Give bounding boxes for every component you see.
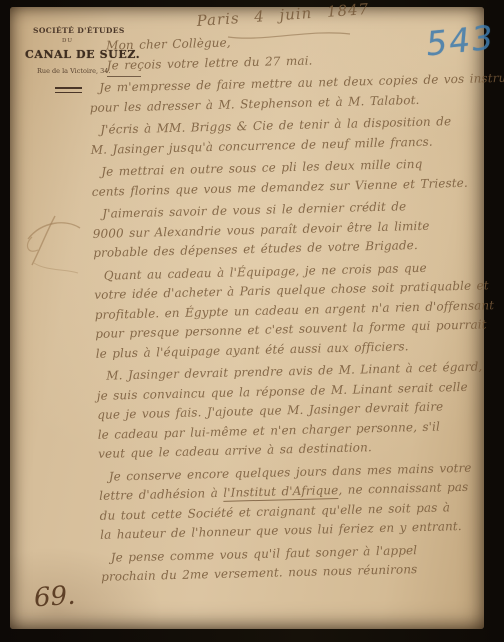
letterhead-divider <box>55 87 82 93</box>
dateline: Paris 4 juin 1847 <box>196 0 407 30</box>
underlined-institut-dafrique: l'Institut d'Afrique <box>223 483 338 502</box>
scanned-letter: SOCIÉTÉ D'ÉTUDES DU CANAL DE SUEZ. Rue d… <box>0 0 504 642</box>
letter-body: Mon cher Collègue, Je reçois votre lettr… <box>88 27 493 587</box>
letterhead-society-name: SOCIÉTÉ D'ÉTUDES <box>33 26 125 35</box>
margin-cross-mark <box>22 213 92 275</box>
letterhead-du: DU <box>62 38 73 44</box>
line-segment: lettre d'adhésion à <box>99 486 223 503</box>
line-segment: , ne connaissant pas <box>338 480 468 497</box>
letter-page: SOCIÉTÉ D'ÉTUDES DU CANAL DE SUEZ. Rue d… <box>10 7 484 629</box>
page-number: 69. <box>33 581 76 614</box>
